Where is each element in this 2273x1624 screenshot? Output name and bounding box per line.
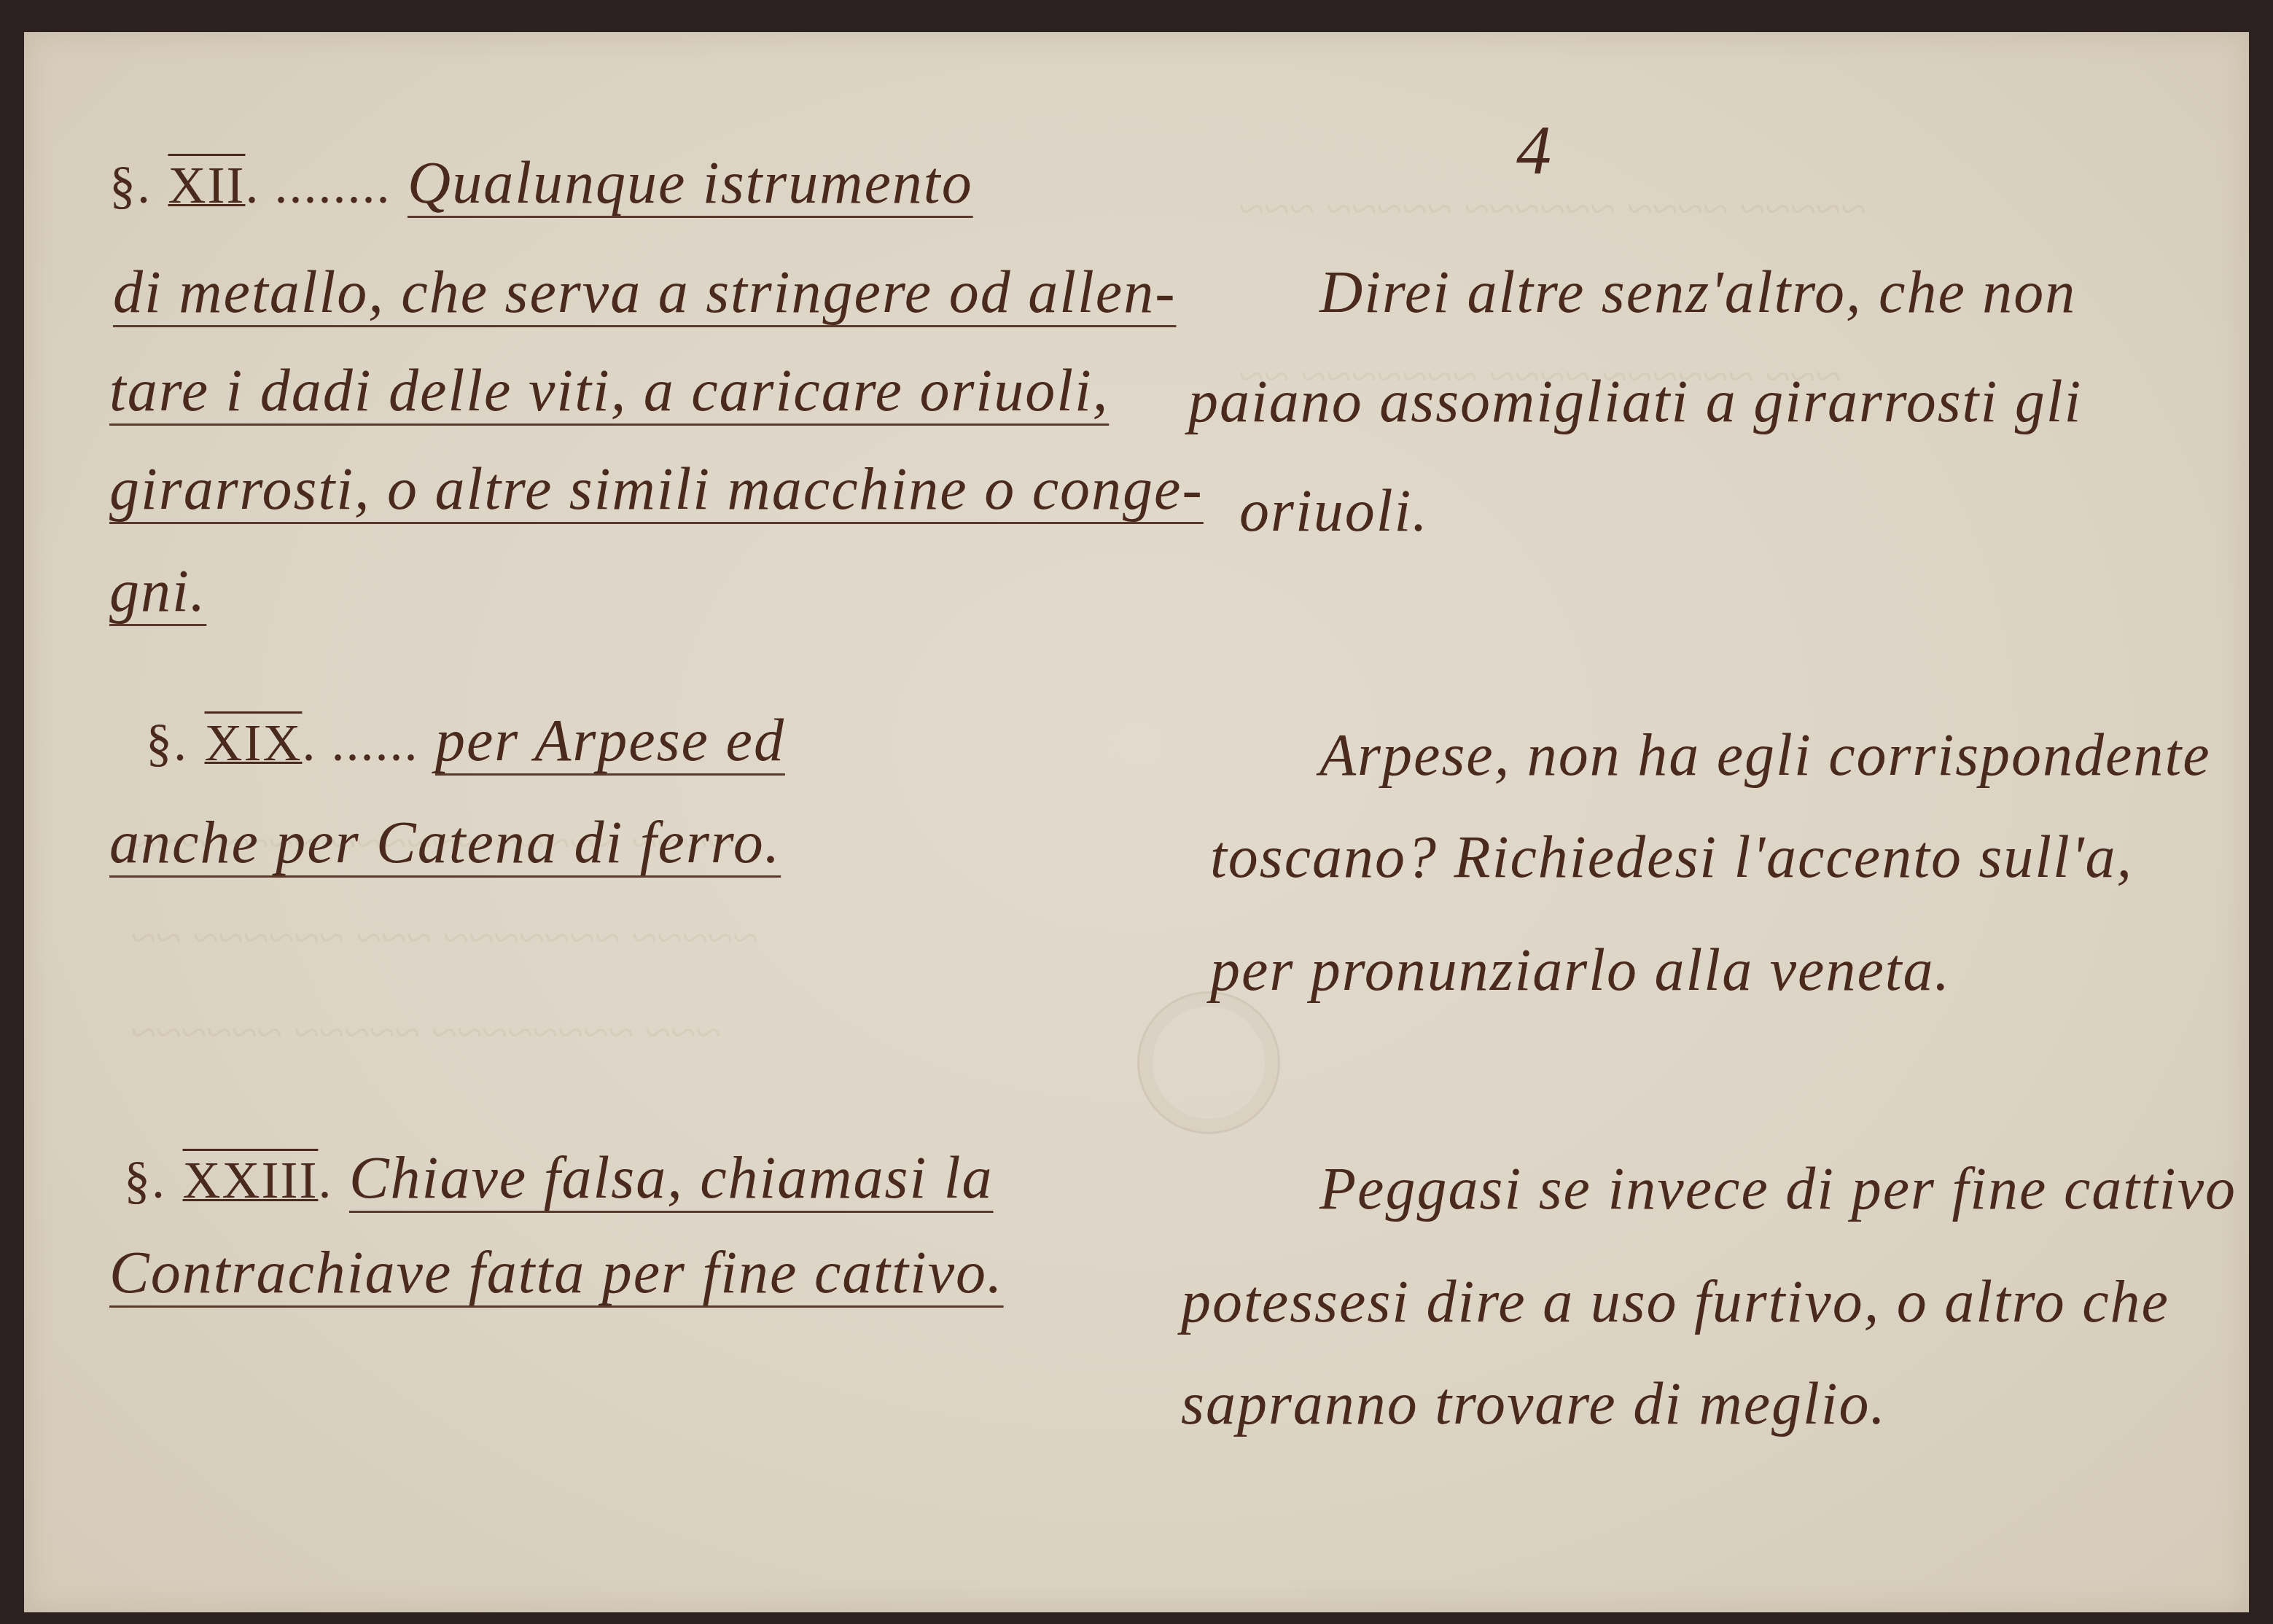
text-line: Arpese, non ha egli corrispondente bbox=[1319, 725, 2211, 785]
text-line: Qualunque istrumento bbox=[408, 149, 973, 216]
text-line: paiano assomigliati a girarrosti gli bbox=[1188, 372, 2082, 432]
section-mark: §. bbox=[124, 1151, 166, 1209]
page-number: 4 bbox=[1516, 109, 1551, 190]
text-line: girarrosti, o altre simili macchine o co… bbox=[109, 459, 1204, 519]
text-line: oriuoli. bbox=[1239, 481, 1429, 541]
section-numeral: XXIII bbox=[183, 1151, 319, 1209]
text-line: Peggasi se invece di per fine cattivo bbox=[1319, 1159, 2237, 1219]
section-xix-heading: §. XIX. ...... per Arpese ed bbox=[146, 711, 785, 770]
text-line: Direi altre senz'altro, che non bbox=[1319, 262, 2076, 322]
archive-stamp bbox=[1137, 991, 1280, 1134]
text-line: sapranno trovare di meglio. bbox=[1181, 1374, 1887, 1434]
text-line-content: tare i dadi delle viti, a caricare oriuo… bbox=[109, 357, 1109, 423]
leader-dots: . bbox=[318, 1151, 332, 1209]
leader-dots: . ........ bbox=[245, 156, 391, 214]
text-line-content: anche per Catena di ferro. bbox=[109, 809, 781, 875]
text-line-content: gni. bbox=[109, 558, 206, 624]
text-line: anche per Catena di ferro. bbox=[109, 813, 781, 872]
section-xii-heading: §. XII. ........ Qualunque istrumento bbox=[109, 153, 973, 213]
text-line-content: girarrosti, o altre simili macchine o co… bbox=[109, 456, 1204, 522]
text-line-content: di metallo, che serva a stringere od all… bbox=[113, 259, 1176, 325]
section-xxiii-heading: §. XXIII. Chiave falsa, chiamasi la bbox=[124, 1148, 994, 1208]
leader-dots: . ...... bbox=[302, 714, 418, 772]
section-numeral: XII bbox=[168, 156, 246, 214]
text-line: potessesi dire a uso furtivo, o altro ch… bbox=[1181, 1272, 2169, 1332]
section-mark: §. bbox=[146, 714, 188, 772]
text-line: per Arpese ed bbox=[435, 707, 785, 773]
text-line: toscano? Richiedesi l'accento sull'a, bbox=[1210, 827, 2133, 887]
text-line-content: Contrachiave fatta per fine cattivo. bbox=[109, 1239, 1004, 1305]
section-mark: §. bbox=[109, 156, 152, 214]
text-line: di metallo, che serva a stringere od all… bbox=[113, 262, 1176, 322]
text-line: per pronunziarlo alla veneta. bbox=[1210, 940, 1951, 1000]
text-line: gni. bbox=[109, 561, 206, 621]
section-numeral: XIX bbox=[205, 714, 303, 772]
text-line: tare i dadi delle viti, a caricare oriuo… bbox=[109, 361, 1109, 421]
text-line: Contrachiave fatta per fine cattivo. bbox=[109, 1243, 1004, 1303]
text-line: Chiave falsa, chiamasi la bbox=[349, 1144, 994, 1211]
